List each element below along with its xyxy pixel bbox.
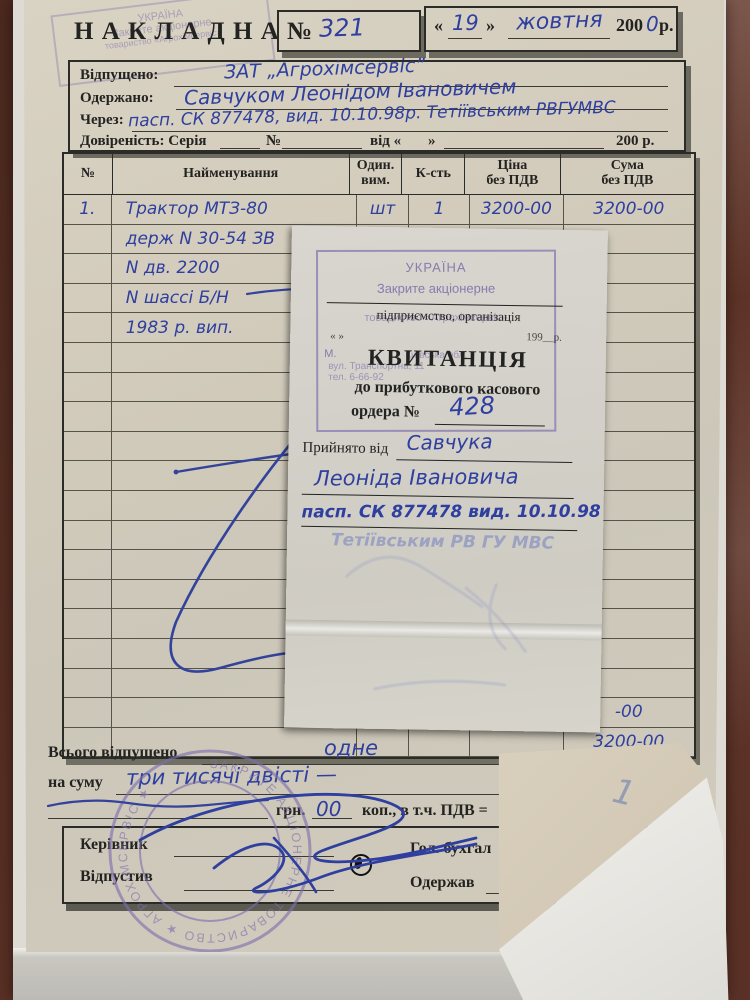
- folded-corner-sheet: 1: [480, 735, 750, 1000]
- receipt-paper: УКРАЇНА Закрите акціонерне товариство «А…: [284, 226, 608, 733]
- ink-bleed-marks: [284, 226, 608, 733]
- photo-background: УКРАЇНА Закрите акціонерне товариство «А…: [0, 0, 750, 1000]
